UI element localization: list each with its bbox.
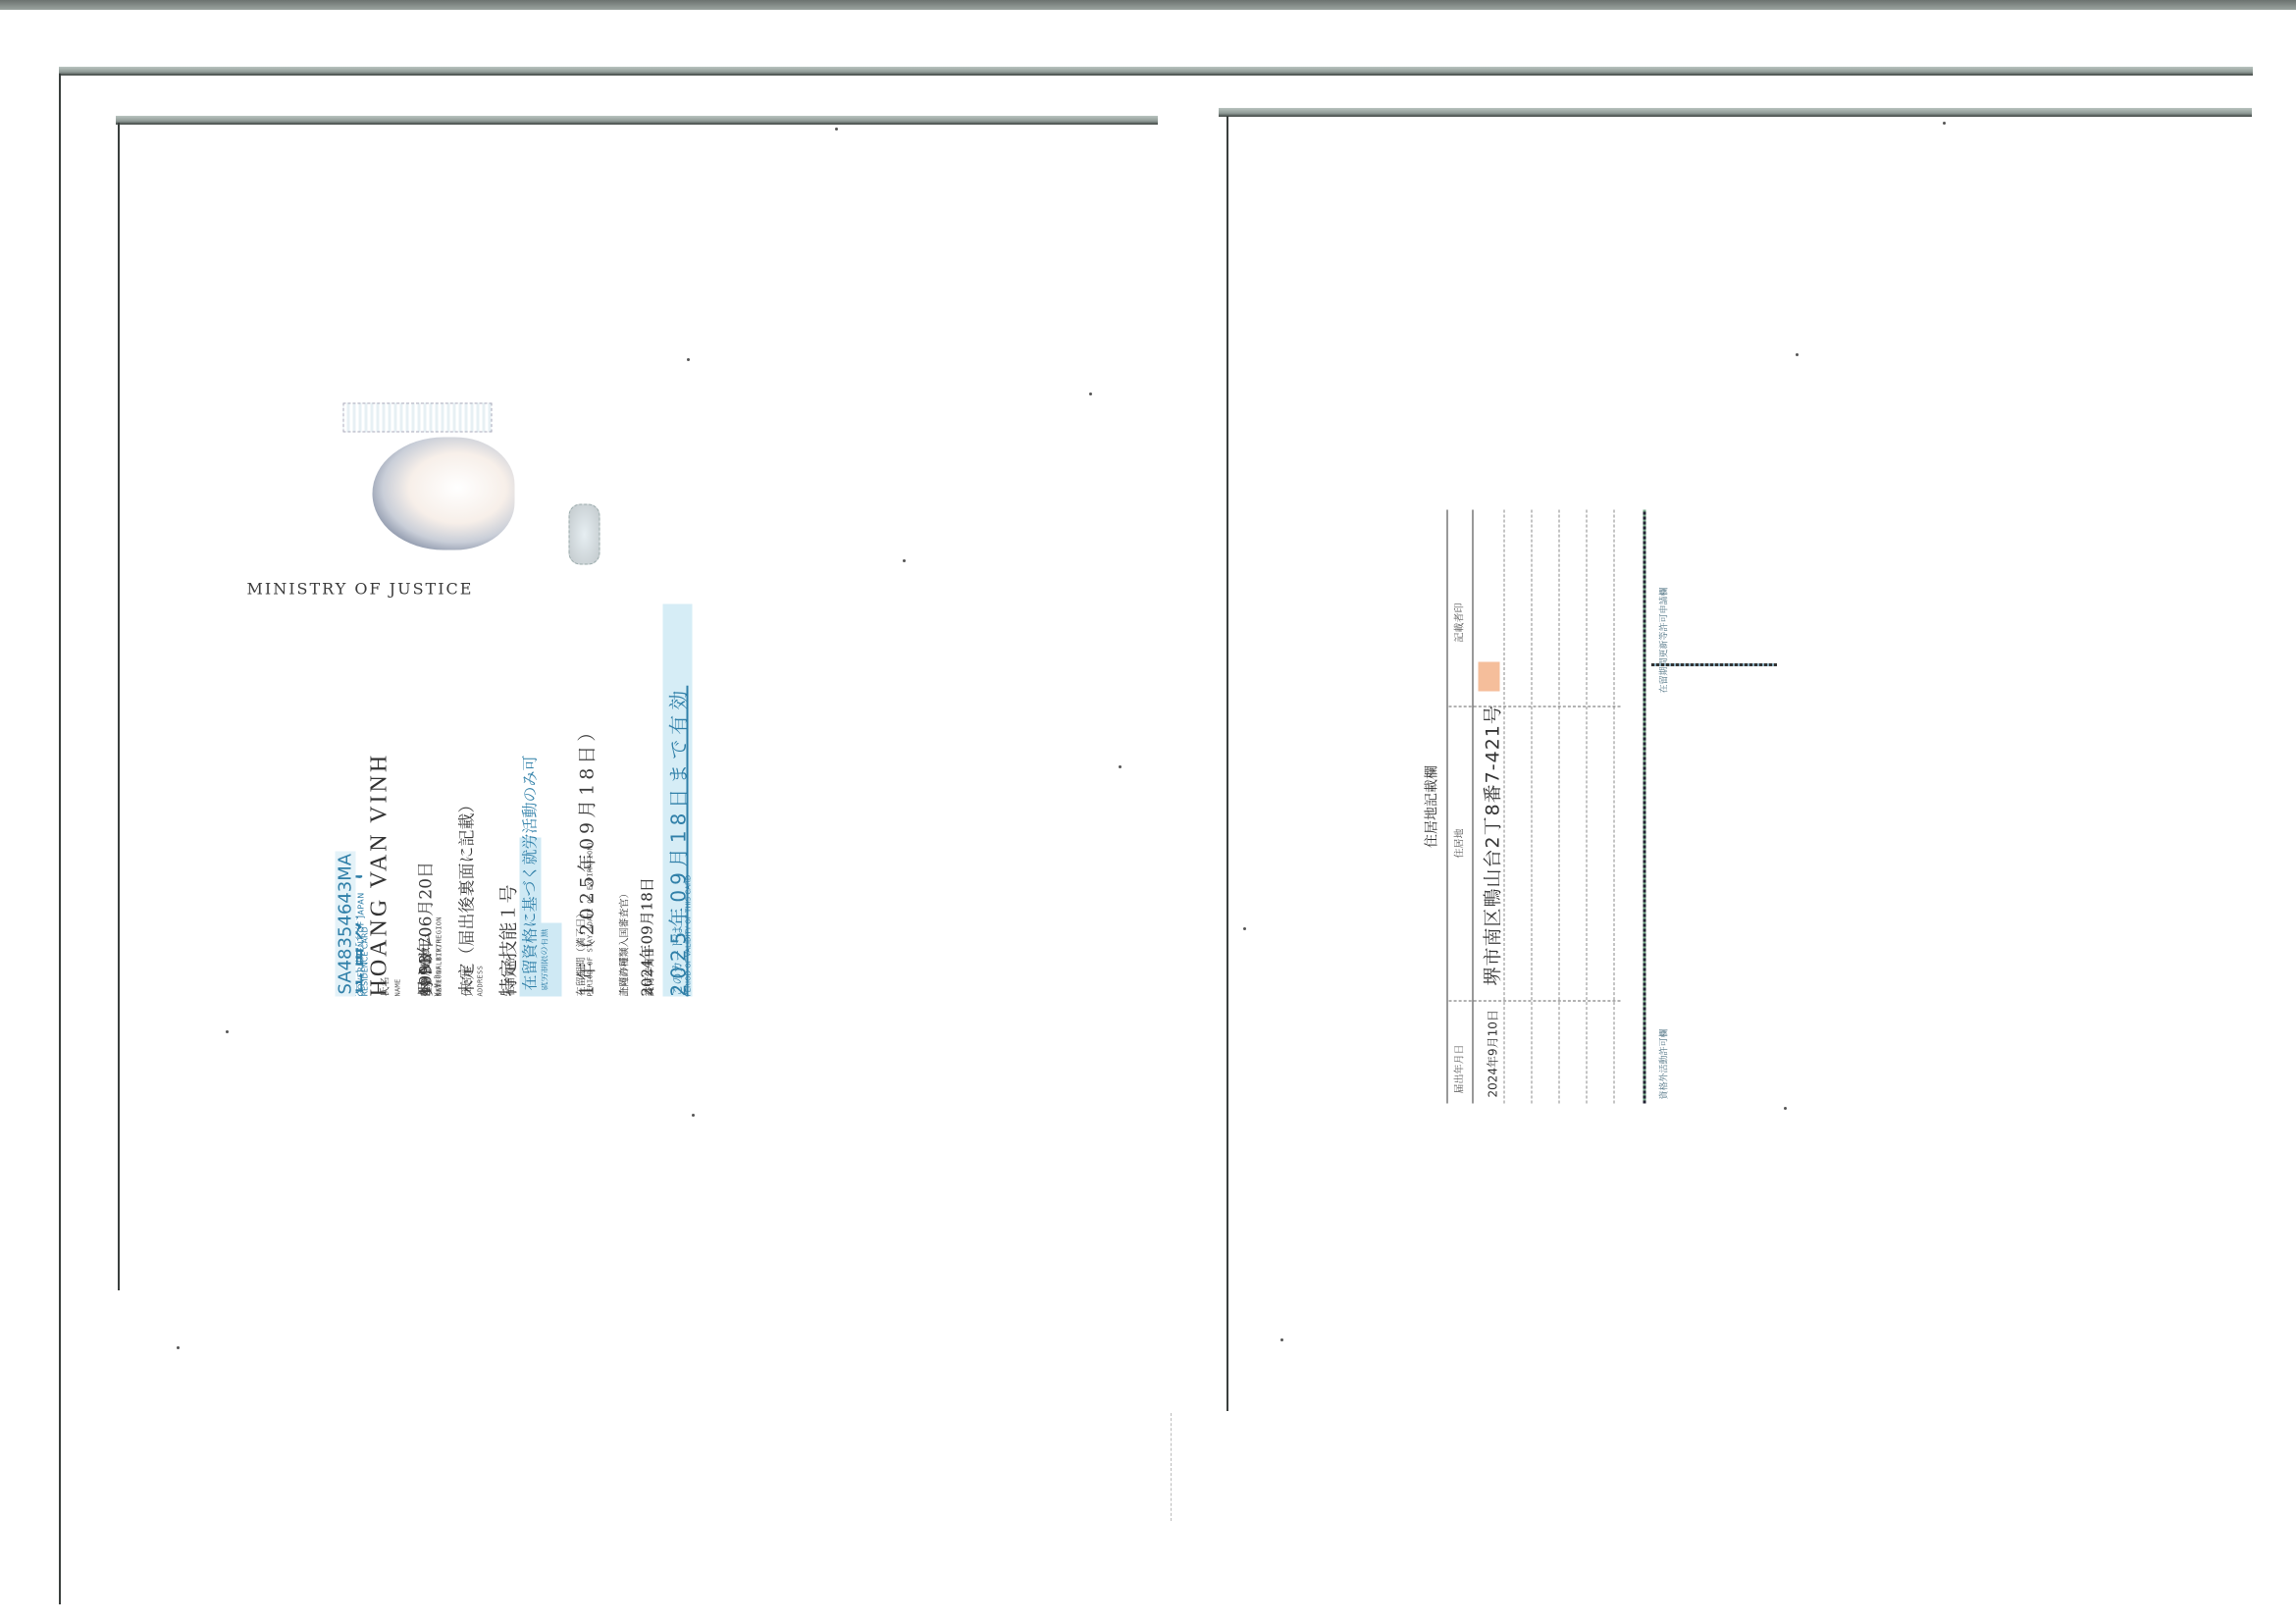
row-divider — [1559, 510, 1560, 1104]
footnote-work-permit: 資格外活動許可欄 — [1657, 1028, 1670, 1099]
permit-type: 上陸許可（入国審査官） — [616, 889, 631, 997]
address-label-en: ADDRESS — [477, 966, 485, 997]
left-page-left — [118, 123, 120, 1290]
issue-date: 2024年09月18日 — [637, 877, 657, 996]
scan-speck — [1243, 927, 1246, 930]
outer-frame-top — [59, 67, 2253, 76]
right-page-dashed-edge — [1171, 1413, 1173, 1521]
status-of-residence: 特定技能１号 — [495, 884, 521, 996]
scan-speck — [1796, 353, 1799, 356]
scan-speck — [177, 1346, 180, 1349]
table-bottom-border — [1644, 510, 1646, 1104]
table-stub-line — [1651, 663, 1777, 666]
address-record-title: 住居地記載欄 — [1422, 510, 1441, 1104]
ministry-of-justice: MINISTRY OF JUSTICE — [247, 580, 474, 599]
card-number: SA48354643MA — [336, 852, 356, 997]
hologram-icon — [569, 504, 600, 565]
holder-photo — [373, 438, 515, 550]
column-header-address: 住居地 — [1451, 829, 1466, 859]
address-record-table: 住居地記載欄 届出年月日 住居地 記載者印 2024年9月10日 堺市南区鴨山台… — [1422, 510, 1689, 1104]
period-of-stay: 1年（2025年09月18日） — [573, 719, 600, 997]
scan-speck — [1119, 765, 1122, 768]
column-divider — [1449, 1001, 1621, 1002]
left-page-top — [116, 116, 1158, 125]
row-date: 2024年9月10日 — [1485, 1010, 1501, 1097]
scan-speck — [1943, 122, 1946, 125]
scan-speck — [692, 1114, 695, 1117]
scan-speck — [903, 559, 906, 562]
row-divider — [1614, 510, 1615, 1104]
row-divider — [1587, 510, 1588, 1104]
column-header-stamp: 記載者印 — [1451, 603, 1466, 643]
scan-speck — [1089, 393, 1092, 395]
right-page-left — [1226, 116, 1228, 1411]
scan-speck — [226, 1030, 229, 1033]
work-restriction: 在留資格に基づく就労活動のみ可 — [520, 838, 542, 997]
address: 未定（届出後裏面に記載） — [453, 797, 478, 997]
row-address: 堺市南区鴨山台2丁8番7-421号 — [1479, 705, 1505, 985]
footnote-renewal: 在留期間更新等許可申請欄 — [1657, 587, 1670, 693]
right-page-top — [1219, 108, 2252, 117]
scan-speck — [1280, 1338, 1283, 1341]
nationality-label-en: NATIONALITY/REGION — [436, 916, 444, 996]
column-header-date: 届出年月日 — [1451, 1045, 1466, 1094]
holder-name: HOANG VAN VINH — [367, 753, 393, 997]
scan-speck — [1784, 1107, 1787, 1110]
table-rule — [1447, 510, 1448, 1104]
table-rule — [1473, 510, 1474, 1104]
row-divider — [1532, 510, 1533, 1104]
scan-speck — [835, 128, 838, 131]
scan-speck — [687, 358, 690, 361]
registrar-stamp — [1479, 662, 1500, 692]
scan-top-edge — [0, 0, 2296, 10]
row-divider — [1504, 510, 1505, 1104]
validity-label-en: PERIOD OF VALIDITY OF THIS CARD — [685, 875, 693, 997]
residence-card-front: 日本国政府 GOVERNMENT OF JAPAN 在留カード RESIDENC… — [334, 398, 692, 997]
column-divider — [1449, 707, 1621, 707]
security-pattern — [343, 403, 493, 433]
outer-frame-left — [59, 74, 61, 1604]
name-label-en: NAME — [394, 978, 402, 996]
